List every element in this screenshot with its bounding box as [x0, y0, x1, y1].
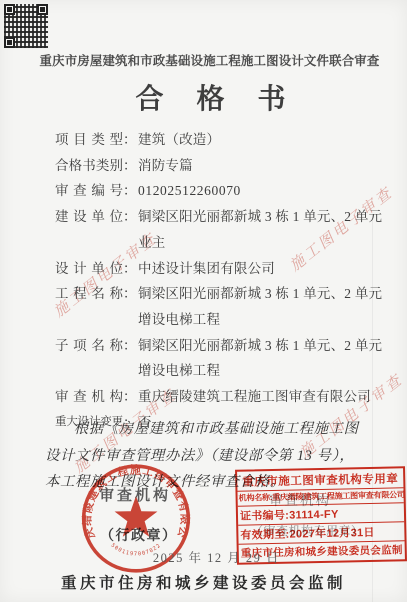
field-value: 铜梁区阳光丽都新城 3 栋 1 单元、2 单元增设电梯工程 — [138, 333, 390, 384]
certificate-page: 施工图电子审查 施工图电子审查 施工图电子审查 施工图电子审查 重庆市房屋建筑和… — [0, 0, 407, 602]
field-colon: ： — [123, 153, 137, 179]
field-label: 审查机构 — [55, 384, 123, 410]
field-label: 工程名称 — [55, 281, 123, 307]
field-row-project-type: 项目类型： 建筑（改造） — [55, 127, 395, 153]
field-value: 消防专篇 — [138, 153, 390, 179]
scan-crease-line — [372, 214, 373, 602]
seal-star-icon — [115, 496, 158, 537]
document-footer: 重庆市住房和城乡建设委员会监制 — [0, 571, 407, 593]
qr-code — [3, 3, 49, 49]
field-colon: ： — [123, 281, 137, 307]
field-row-certificate-category: 合格书类别： 消防专篇 — [55, 153, 395, 179]
field-value: 重庆缙陵建筑工程施工图审查有限公司 — [138, 384, 390, 410]
field-row-review-number: 审查编号： 01202512260070 — [55, 178, 395, 204]
document-header: 重庆市房屋建筑和市政基础设施工程施工图设计文件联合审查 — [0, 51, 407, 69]
field-value: 01202512260070 — [138, 178, 390, 204]
page-title-text: 合格书 — [135, 83, 318, 114]
field-list: 项目类型： 建筑（改造） 合格书类别： 消防专篇 审查编号： 012025122… — [55, 127, 395, 435]
field-value: 铜梁区阳光丽都新城 3 栋 1 单元、2 单元增设电梯工程 — [138, 281, 390, 332]
field-label: 合格书类别 — [55, 153, 123, 179]
qr-finder-icon — [4, 4, 15, 15]
field-label: 项目类型 — [55, 127, 123, 153]
field-row-design-unit: 设计单位： 中述设计集团有限公司 — [55, 256, 395, 282]
qr-finder-icon — [4, 37, 15, 48]
field-colon: ： — [123, 204, 137, 230]
field-colon: ： — [123, 333, 137, 359]
field-row-subitem-name: 子项名称： 铜梁区阳光丽都新城 3 栋 1 单元、2 单元增设电梯工程 — [55, 333, 395, 384]
field-row-review-agency: 审查机构： 重庆缙陵建筑工程施工图审查有限公司 — [55, 384, 395, 410]
issue-date: 2025 年 12 月 29 日 — [0, 548, 407, 566]
field-colon: ： — [123, 256, 137, 282]
field-colon: ： — [123, 178, 137, 204]
field-label: 建设单位 — [55, 204, 123, 230]
field-value: 建筑（改造） — [138, 127, 390, 153]
field-colon: ： — [123, 127, 137, 153]
field-value: 中述设计集团有限公司 — [138, 256, 390, 282]
field-label: 审查编号 — [55, 178, 123, 204]
field-row-project-name: 工程名称： 铜梁区阳光丽都新城 3 栋 1 单元、2 单元增设电梯工程 — [55, 281, 395, 332]
field-label: 设计单位 — [55, 256, 123, 282]
field-colon: ： — [123, 384, 137, 410]
field-label: 子项名称 — [55, 333, 123, 359]
qr-finder-icon — [37, 4, 48, 15]
field-row-construction-unit: 建设单位： 铜梁区阳光丽都新城 3 栋 1 单元、2 单元业主 — [55, 204, 395, 255]
field-value: 铜梁区阳光丽都新城 3 栋 1 单元、2 单元业主 — [138, 204, 390, 255]
page-title: 合格书 — [0, 77, 407, 117]
